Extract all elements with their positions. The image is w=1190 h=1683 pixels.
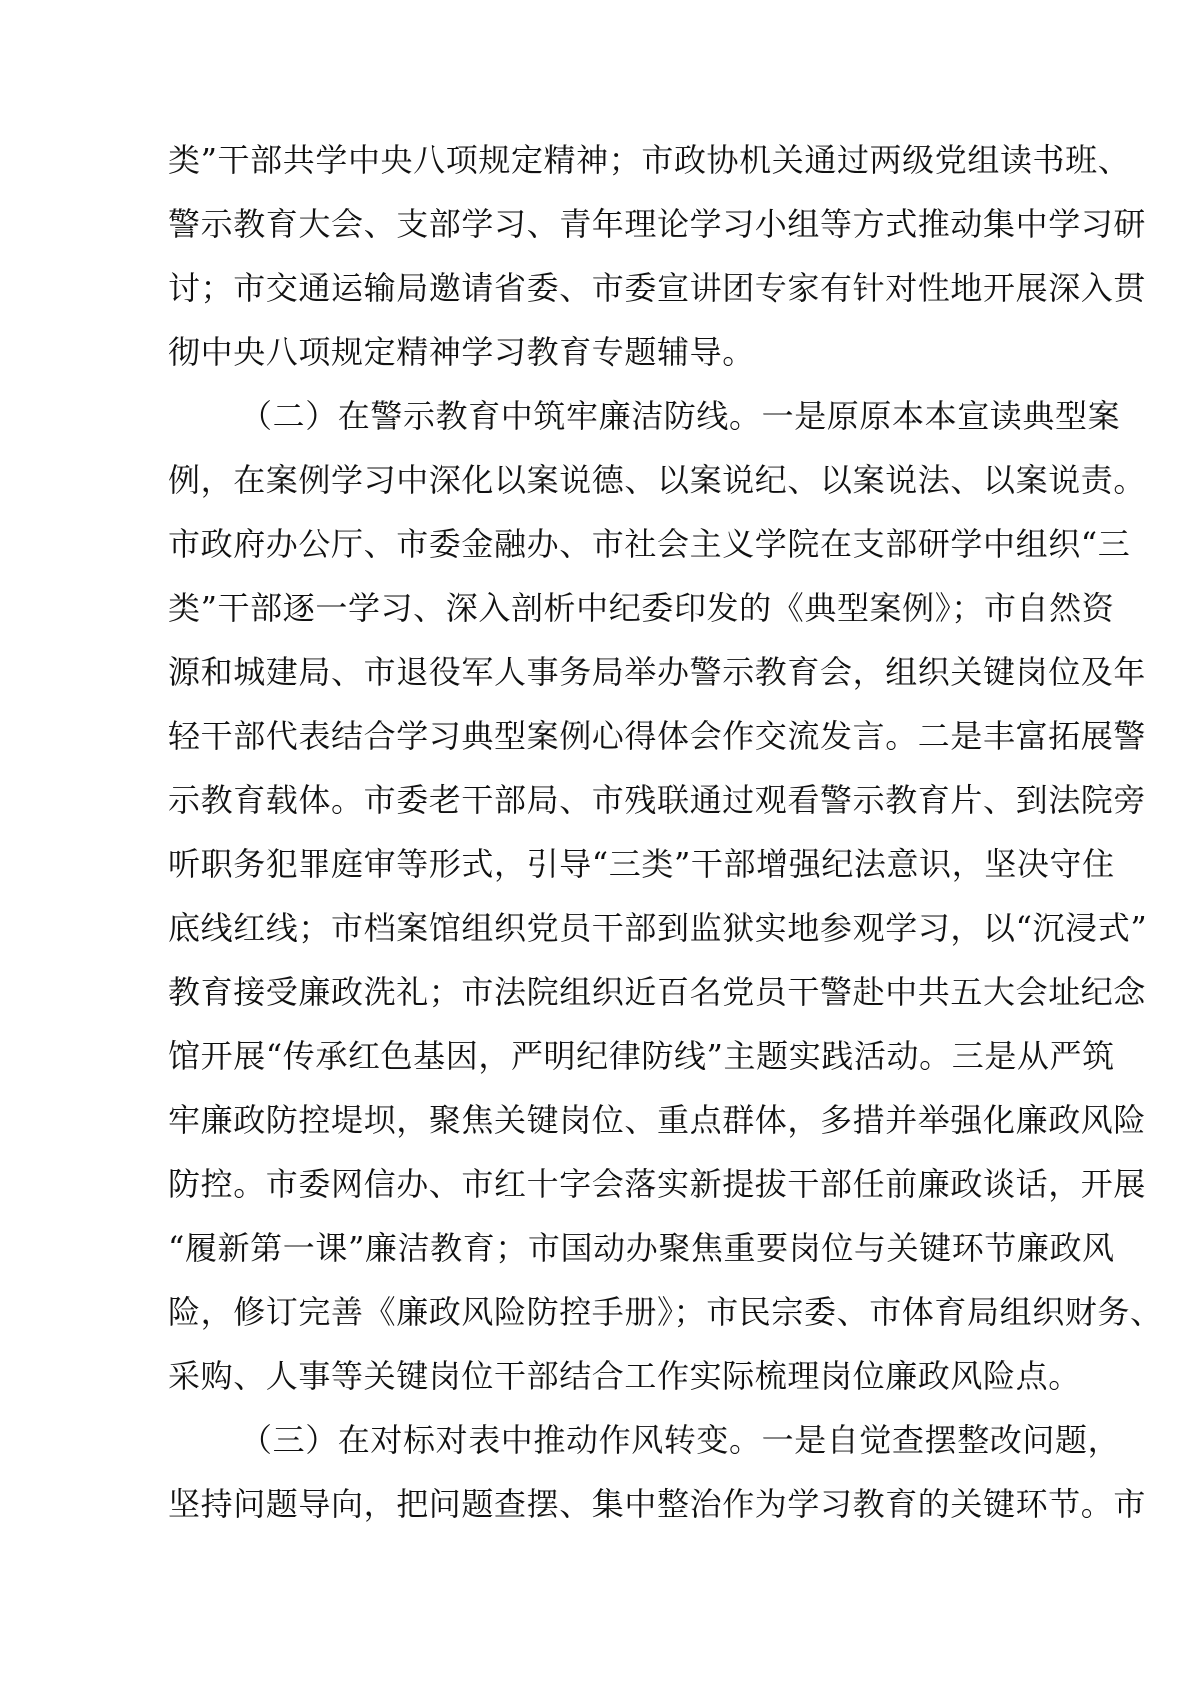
text-line: 类”干部共学中央八项规定精神；市政协机关通过两级党组读书班、 bbox=[168, 140, 1010, 180]
text-line: 教育接受廉政洗礼；市法院组织近百名党员干警赴中共五大会址纪念 bbox=[168, 972, 1010, 1012]
text-line: 彻中央八项规定精神学习教育专题辅导。 bbox=[168, 332, 1010, 372]
text-line: 轻干部代表结合学习典型案例心得体会作交流发言。二是丰富拓展警 bbox=[168, 716, 1010, 756]
section-heading-line: （三）在对标对表中推动作风转变。一是自觉查摆整改问题， bbox=[168, 1420, 1010, 1460]
text-line: 防控。市委网信办、市红十字会落实新提拔干部任前廉政谈话，开展 bbox=[168, 1164, 1010, 1204]
text-line: 采购、人事等关键岗位干部结合工作实际梳理岗位廉政风险点。 bbox=[168, 1356, 1010, 1396]
text-line: 坚持问题导向，把问题查摆、集中整治作为学习教育的关键环节。市 bbox=[168, 1484, 1010, 1524]
text-line: 牢廉政防控堤坝，聚焦关键岗位、重点群体，多措并举强化廉政风险 bbox=[168, 1100, 1010, 1140]
text-line: “履新第一课”廉洁教育；市国动办聚焦重要岗位与关键环节廉政风 bbox=[168, 1228, 1010, 1268]
text-line: 类”干部逐一学习、深入剖析中纪委印发的《典型案例》；市自然资 bbox=[168, 588, 1010, 628]
text-line: 示教育载体。市委老干部局、市残联通过观看警示教育片、到法院旁 bbox=[168, 780, 1010, 820]
text-line: 听职务犯罪庭审等形式，引导“三类”干部增强纪法意识，坚决守住 bbox=[168, 844, 1010, 884]
text-line: 底线红线；市档案馆组织党员干部到监狱实地参观学习，以“沉浸式” bbox=[168, 908, 1010, 948]
text-line: 源和城建局、市退役军人事务局举办警示教育会，组织关键岗位及年 bbox=[168, 652, 1010, 692]
text-line: 例，在案例学习中深化以案说德、以案说纪、以案说法、以案说责。 bbox=[168, 460, 1010, 500]
text-line: 馆开展“传承红色基因，严明纪律防线”主题实践活动。三是从严筑 bbox=[168, 1036, 1010, 1076]
text-line: 讨；市交通运输局邀请省委、市委宣讲团专家有针对性地开展深入贯 bbox=[168, 268, 1010, 308]
text-line: 警示教育大会、支部学习、青年理论学习小组等方式推动集中学习研 bbox=[168, 204, 1010, 244]
section-heading-line: （二）在警示教育中筑牢廉洁防线。一是原原本本宣读典型案 bbox=[168, 396, 1010, 436]
text-line: 险，修订完善《廉政风险防控手册》；市民宗委、市体育局组织财务、 bbox=[168, 1292, 1010, 1332]
text-line: 市政府办公厅、市委金融办、市社会主义学院在支部研学中组织“三 bbox=[168, 524, 1010, 564]
